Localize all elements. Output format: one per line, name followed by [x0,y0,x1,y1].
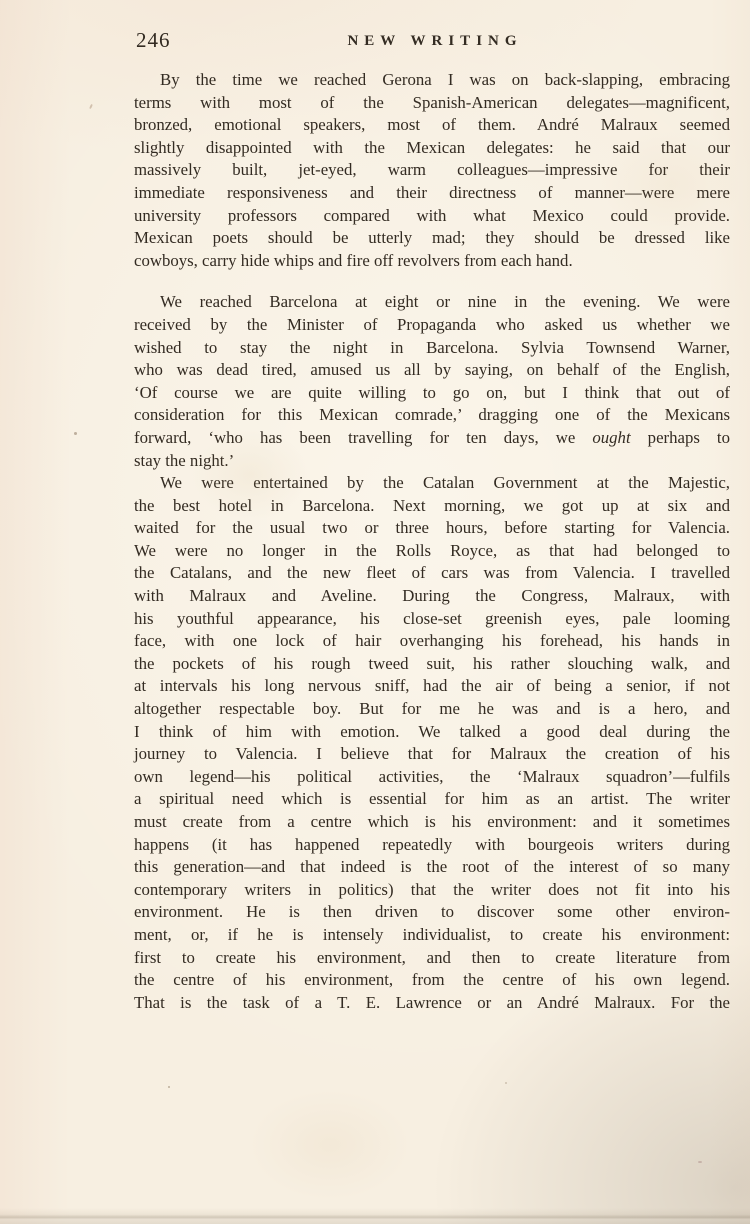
text-line: with Malraux and Aveline. During the Con… [134,585,730,608]
text-line: university professors compared with what… [134,205,730,228]
text-line: his youthful appearance, his close-set g… [134,608,730,631]
paper-speck [168,1086,170,1088]
paper-stain [250,1090,410,1200]
text-line: We were entertained by the Catalan Gover… [134,472,730,495]
text-line: happens (it has happened repeatedly with… [134,834,730,857]
text-line: the centre of his environment, from the … [134,969,730,992]
text-line: at intervals his long nervous sniff, had… [134,675,730,698]
paper-speck [698,1161,702,1163]
text-line: That is the task of a T. E. Lawrence or … [134,992,730,1015]
text-line: massively built, jet-eyed, warm colleagu… [134,159,730,182]
paper-speck [74,432,77,435]
text-line: the pockets of his rough tweed suit, his… [134,653,730,676]
text-line: terms with most of the Spanish-American … [134,92,730,115]
text-line: forward, ‘who has been travelling for te… [134,427,730,450]
text-line: first to create his environment, and the… [134,947,730,970]
text-line: We were no longer in the Rolls Royce, as… [134,540,730,563]
text-line: altogether respectable boy. But for me h… [134,698,730,721]
running-head: NEW WRITING [134,33,730,50]
text-line: environment. He is then driven to discov… [134,901,730,924]
text-body: By the time we reached Gerona I was on b… [134,69,730,1014]
text-line: ment, or, if he is intensely individuali… [134,924,730,947]
paragraph: By the time we reached Gerona I was on b… [134,69,730,272]
paragraph: We reached Barcelona at eight or nine in… [134,291,730,472]
text-line: stay the night.’ [134,450,730,473]
text-line: waited for the usual two or three hours,… [134,517,730,540]
text-line: wished to stay the night in Barcelona. S… [134,337,730,360]
paragraph: We were entertained by the Catalan Gover… [134,472,730,1014]
text-line: cowboys, carry hide whips and fire off r… [134,250,730,273]
text-line: slightly disappointed with the Mexican d… [134,137,730,160]
book-page-scan: 246 NEW WRITING By the time we reached G… [0,0,750,1224]
text-line: contemporary writers in politics) that t… [134,879,730,902]
text-line: the best hotel in Barcelona. Next mornin… [134,495,730,518]
text-line: own legend—his political activities, the… [134,766,730,789]
text-line: journey to Valencia. I believe that for … [134,743,730,766]
text-line: By the time we reached Gerona I was on b… [134,69,730,92]
paper-speck [505,1082,507,1084]
text-line: a spiritual need which is essential for … [134,788,730,811]
text-line: Mexican poets should be utterly mad; the… [134,227,730,250]
text-line: who was dead tired, amused us all by say… [134,359,730,382]
text-line: this generation—and that indeed is the r… [134,856,730,879]
text-line: immediate responsiveness and their direc… [134,182,730,205]
page-header: 246 NEW WRITING [134,28,730,56]
text-line: face, with one lock of hair overhanging … [134,630,730,653]
text-line: ‘Of course we are quite willing to go on… [134,382,730,405]
text-line: We reached Barcelona at eight or nine in… [134,291,730,314]
text-line: must create from a centre which is his e… [134,811,730,834]
text-line: consideration for this Mexican comrade,’… [134,404,730,427]
text-line: bronzed, emotional speakers, most of the… [134,114,730,137]
text-line: the Catalans, and the new fleet of cars … [134,562,730,585]
text-line: received by the Minister of Propaganda w… [134,314,730,337]
page-bottom-edge [0,1208,750,1224]
paper-speck [89,104,93,109]
text-line: I think of him with emotion. We talked a… [134,721,730,744]
